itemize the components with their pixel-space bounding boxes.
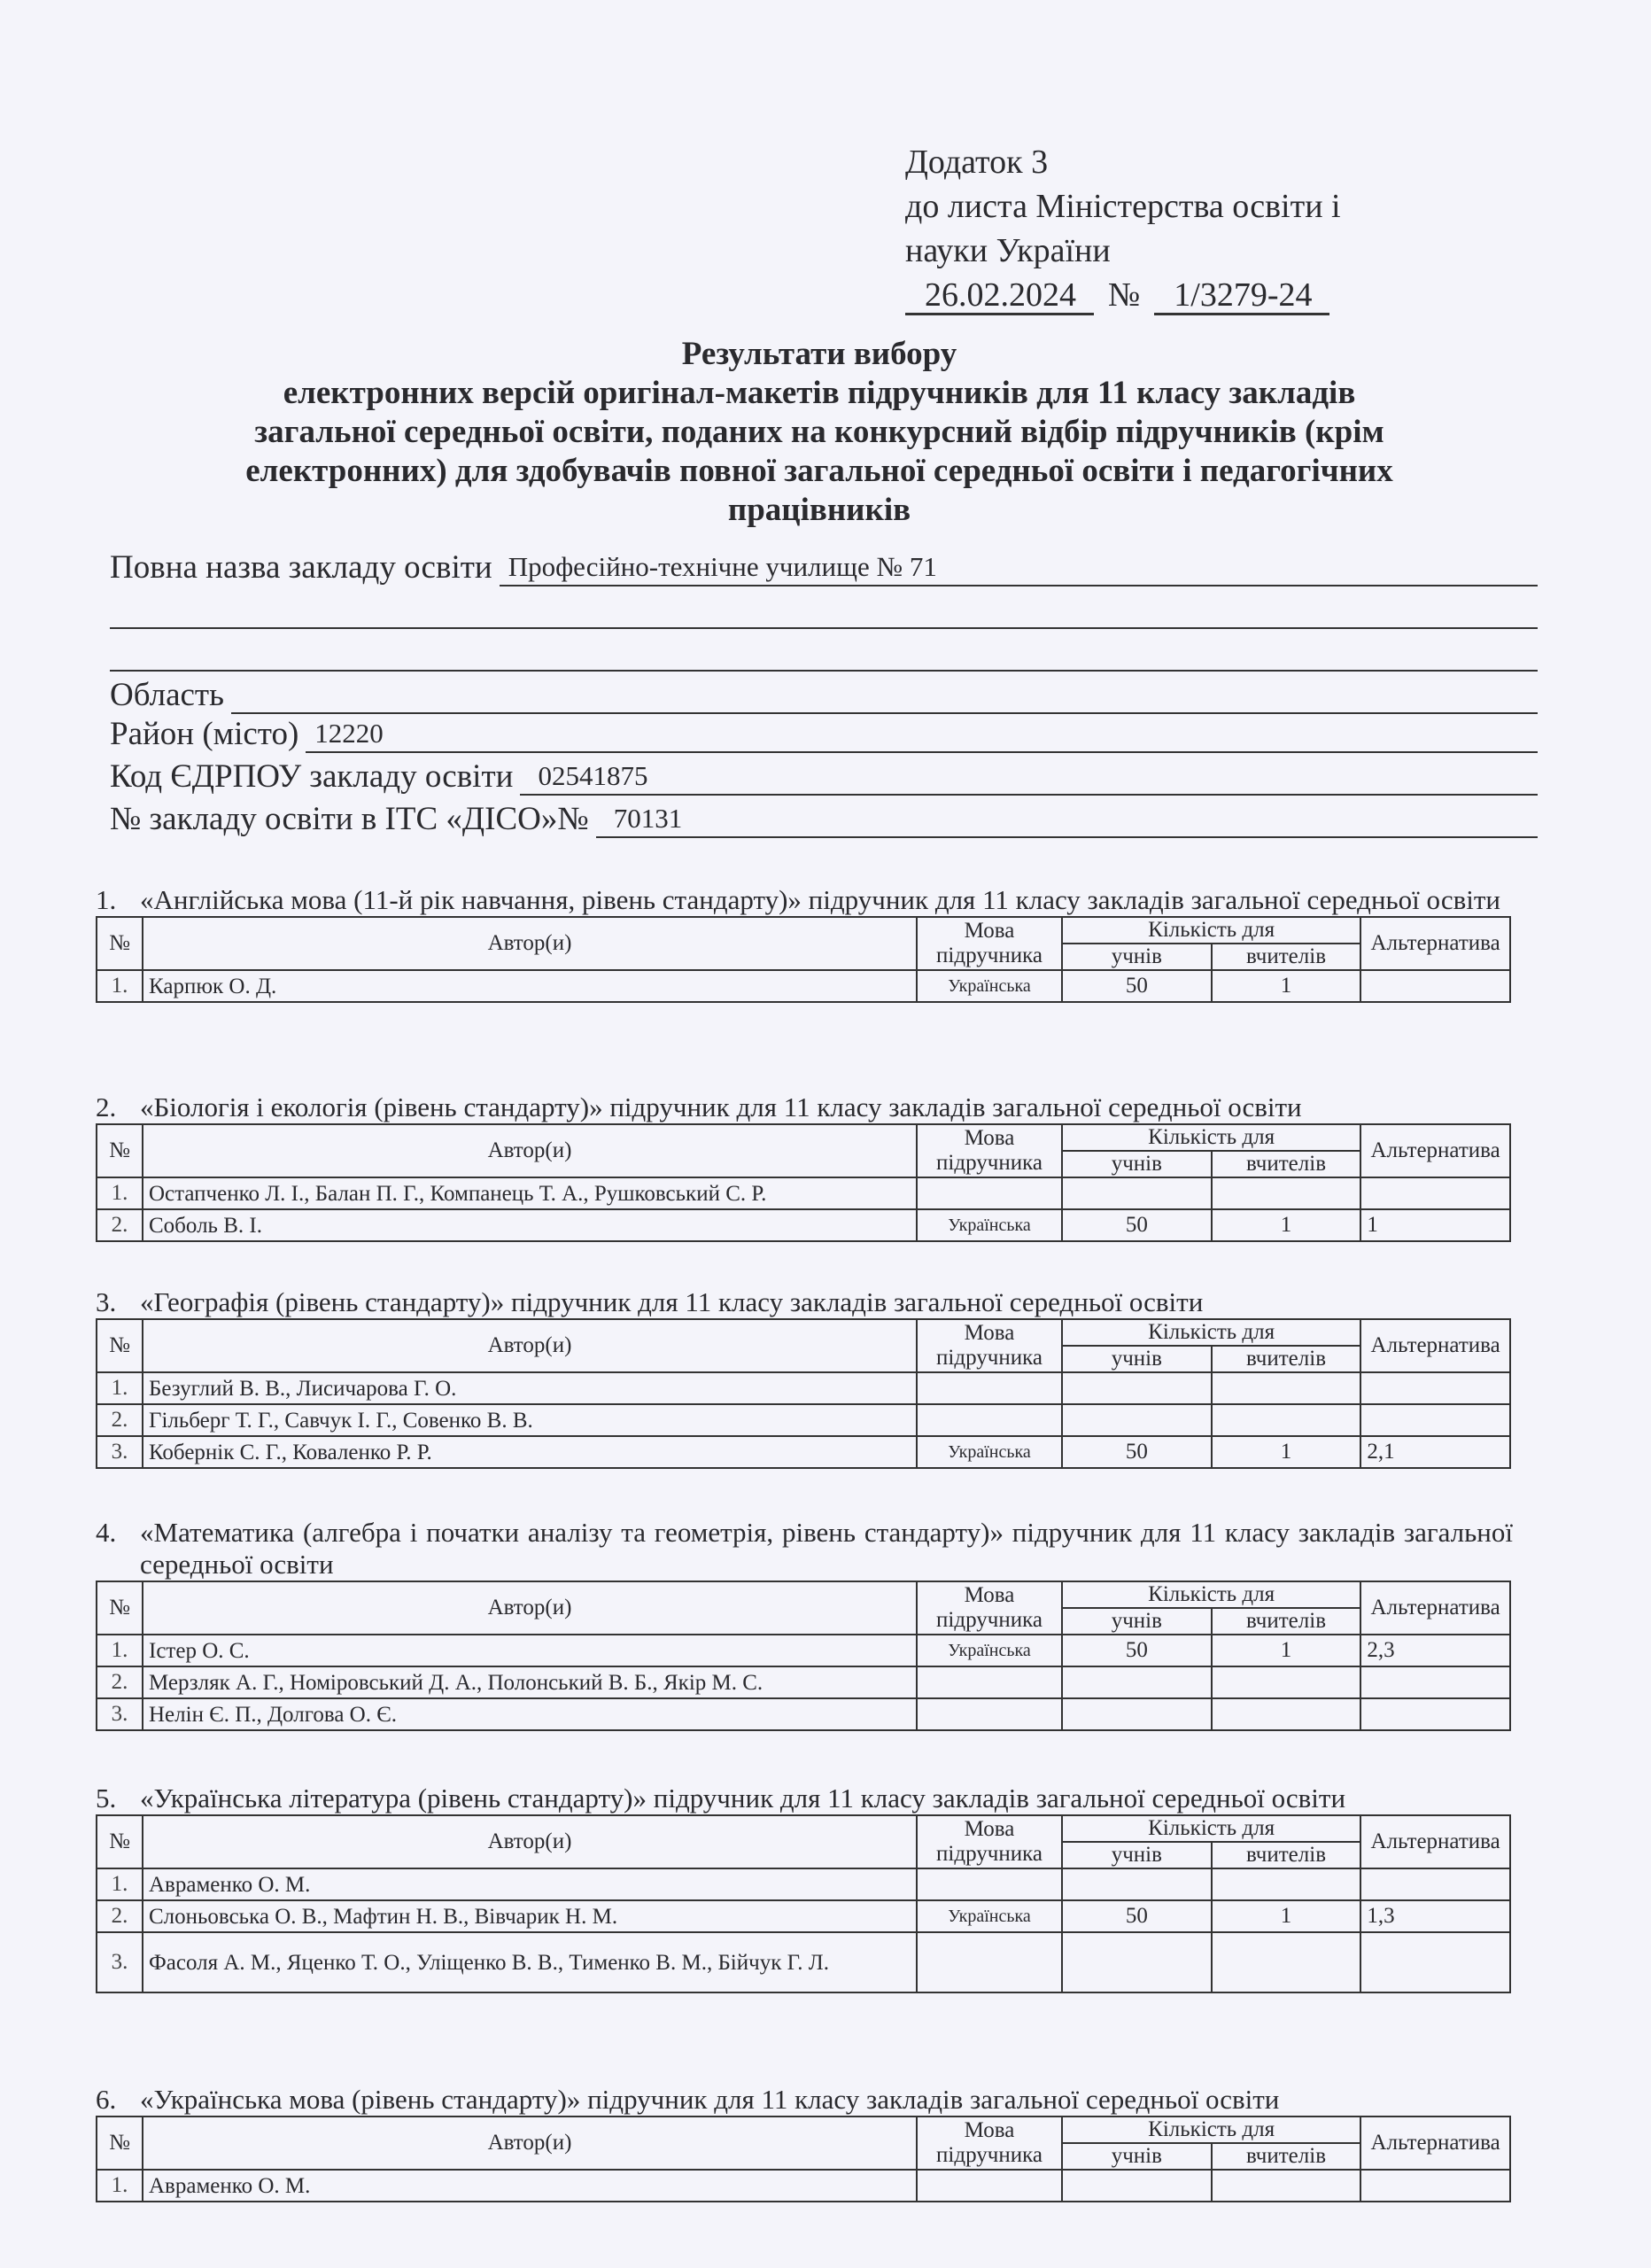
col-quantity: Кількість для: [1062, 1581, 1360, 1608]
col-number: №: [97, 917, 143, 970]
col-language: Мовапідручника: [917, 1581, 1062, 1635]
row-alternative: [1360, 1698, 1510, 1730]
row-number: 1.: [97, 1372, 143, 1404]
row-number: 1.: [97, 1635, 143, 1666]
col-alternative: Альтернатива: [1360, 1581, 1510, 1635]
row-teachers: [1212, 2170, 1361, 2202]
field-label: Район (місто): [110, 715, 306, 753]
field-label: Область: [110, 676, 231, 714]
appendix-title: Додаток 3: [905, 140, 1341, 184]
row-teachers: 1: [1212, 1900, 1361, 1932]
row-authors: Остапченко Л. І., Балан П. Г., Компанець…: [143, 1177, 917, 1209]
title-line: працівників: [106, 491, 1532, 530]
row-students: [1062, 1868, 1212, 1900]
institution-form: Повна назва закладу освіти Професійно-те…: [110, 549, 1538, 838]
row-authors: Карпюк О. Д.: [143, 970, 917, 1002]
row-authors: Гільберг Т. Г., Савчук І. Г., Совенко В.…: [143, 1404, 917, 1436]
row-number: 1.: [97, 970, 143, 1002]
section-title: 1.«Англійська мова (11-й рік навчання, р…: [96, 884, 1513, 916]
row-authors: Авраменко О. М.: [143, 2170, 917, 2202]
field-label: № закладу освіти в ІТС «ДІСО»№: [110, 800, 596, 838]
row-alternative: 1: [1360, 1209, 1510, 1241]
section-subject: «Українська література (рівень стандарту…: [140, 1783, 1513, 1814]
row-teachers: [1212, 1404, 1361, 1436]
table-row: 3.Кобернік С. Г., Коваленко Р. Р.Українс…: [97, 1436, 1510, 1468]
appendix-subtitle-line2: науки України: [905, 229, 1341, 273]
row-students: [1062, 1666, 1212, 1698]
section-title: 6.«Українська мова (рівень стандарту)» п…: [96, 2084, 1513, 2116]
col-language: Мовапідручника: [917, 2117, 1062, 2170]
section-title: 4.«Математика (алгебра і початки аналізу…: [96, 1517, 1513, 1581]
row-students: 50: [1062, 1209, 1212, 1241]
row-students: [1062, 1372, 1212, 1404]
row-language: [917, 1666, 1062, 1698]
row-authors: Істер О. С.: [143, 1635, 917, 1666]
institution-name-value: Професійно-технічне училище № 71: [500, 551, 1538, 586]
col-language-line2: підручника: [923, 1608, 1056, 1633]
row-authors: Мерзляк А. Г., Номіровський Д. А., Полон…: [143, 1666, 917, 1698]
textbook-section: 4.«Математика (алгебра і початки аналізу…: [96, 1517, 1513, 1731]
table-row: 3.Нелін Є. П., Долгова О. Є.: [97, 1698, 1510, 1730]
col-language-line2: підручника: [923, 2143, 1056, 2168]
textbook-table: №Автор(и)МовапідручникаКількість дляАльт…: [96, 1123, 1511, 1242]
col-students: учнів: [1062, 1346, 1212, 1372]
col-students: учнів: [1062, 944, 1212, 970]
col-alternative: Альтернатива: [1360, 1124, 1510, 1177]
textbook-section: 1.«Англійська мова (11-й рік навчання, р…: [96, 884, 1513, 1003]
row-alternative: [1360, 1404, 1510, 1436]
section-subject: «Біологія і екологія (рівень стандарту)»…: [140, 1091, 1513, 1123]
title-line: загальної середньої освіти, поданих на к…: [106, 413, 1532, 452]
col-language: Мовапідручника: [917, 917, 1062, 970]
row-students: [1062, 1404, 1212, 1436]
table-row: 1.Безуглий В. В., Лисичарова Г. О.: [97, 1372, 1510, 1404]
title-line: Результати вибору: [106, 335, 1532, 374]
row-teachers: [1212, 1177, 1361, 1209]
edrpou-value: 02541875: [520, 760, 1538, 796]
region-value: [231, 679, 1538, 714]
textbook-table: №Автор(и)МовапідручникаКількість дляАльт…: [96, 1814, 1511, 1993]
district-value: 12220: [306, 718, 1538, 753]
col-quantity: Кількість для: [1062, 1124, 1360, 1151]
col-language: Мовапідручника: [917, 1319, 1062, 1372]
row-language: Українська: [917, 970, 1062, 1002]
document-page: Додаток 3 до листа Міністерства освіти і…: [0, 0, 1651, 2268]
title-line: електронних) для здобувачів повної загал…: [106, 452, 1532, 491]
section-title: 3.«Географія (рівень стандарту)» підручн…: [96, 1286, 1513, 1318]
row-students: 50: [1062, 1635, 1212, 1666]
row-alternative: [1360, 1868, 1510, 1900]
row-number: 1.: [97, 2170, 143, 2202]
col-teachers: вчителів: [1212, 1608, 1361, 1635]
row-language: [917, 1868, 1062, 1900]
row-alternative: 2,3: [1360, 1635, 1510, 1666]
col-authors: Автор(и): [143, 1815, 917, 1868]
row-number: 1.: [97, 1868, 143, 1900]
field-label: Повна назва закладу освіти: [110, 548, 500, 586]
row-number: 2.: [97, 1404, 143, 1436]
textbook-section: 6.«Українська мова (рівень стандарту)» п…: [96, 2084, 1513, 2202]
row-language: Українська: [917, 1900, 1062, 1932]
col-quantity: Кількість для: [1062, 1319, 1360, 1346]
row-teachers: 1: [1212, 1635, 1361, 1666]
section-subject: «Українська мова (рівень стандарту)» під…: [140, 2084, 1513, 2116]
row-teachers: [1212, 1372, 1361, 1404]
textbook-section: 5.«Українська література (рівень стандар…: [96, 1783, 1513, 1993]
section-title: 5.«Українська література (рівень стандар…: [96, 1783, 1513, 1814]
col-students: учнів: [1062, 1151, 1212, 1177]
row-authors: Слоньовська О. В., Мафтин Н. В., Вівчари…: [143, 1900, 917, 1932]
letter-date: 26.02.2024: [905, 277, 1094, 315]
table-header-row: №Автор(и)МовапідручникаКількість дляАльт…: [97, 1319, 1510, 1346]
textbook-section: 2.«Біологія і екологія (рівень стандарту…: [96, 1091, 1513, 1242]
col-language: Мовапідручника: [917, 1124, 1062, 1177]
row-number: 3.: [97, 1436, 143, 1468]
row-students: 50: [1062, 1436, 1212, 1468]
col-quantity: Кількість для: [1062, 917, 1360, 944]
col-language-line2: підручника: [923, 1346, 1056, 1371]
appendix-header: Додаток 3 до листа Міністерства освіти і…: [905, 140, 1341, 317]
row-students: [1062, 1698, 1212, 1730]
letter-reference: 26.02.2024 № 1/3279-24: [905, 273, 1341, 317]
blank-line-underline: [110, 636, 1538, 672]
row-teachers: 1: [1212, 1436, 1361, 1468]
row-students: 50: [1062, 1900, 1212, 1932]
col-authors: Автор(и): [143, 1319, 917, 1372]
itc-number-field: № закладу освіти в ІТС «ДІСО»№ 70131: [110, 801, 1538, 838]
col-language-line1: Мова: [923, 1817, 1056, 1842]
row-alternative: [1360, 1666, 1510, 1698]
col-number: №: [97, 1581, 143, 1635]
col-number: №: [97, 1319, 143, 1372]
row-teachers: [1212, 1666, 1361, 1698]
row-language: [917, 1177, 1062, 1209]
col-language: Мовапідручника: [917, 1815, 1062, 1868]
col-quantity: Кількість для: [1062, 1815, 1360, 1842]
blank-line: [110, 592, 1538, 629]
col-teachers: вчителів: [1212, 2143, 1361, 2170]
col-alternative: Альтернатива: [1360, 1815, 1510, 1868]
number-sign: №: [1108, 273, 1140, 317]
table-row: 2.Мерзляк А. Г., Номіровський Д. А., Пол…: [97, 1666, 1510, 1698]
row-language: [917, 1698, 1062, 1730]
row-number: 3.: [97, 1698, 143, 1730]
col-language-line1: Мова: [923, 1321, 1056, 1346]
col-language-line2: підручника: [923, 1151, 1056, 1176]
section-number: 5.: [96, 1783, 140, 1814]
appendix-subtitle-line1: до листа Міністерства освіти і: [905, 184, 1341, 229]
table-header-row: №Автор(и)МовапідручникаКількість дляАльт…: [97, 1581, 1510, 1608]
col-teachers: вчителів: [1212, 1842, 1361, 1868]
col-number: №: [97, 1124, 143, 1177]
table-header-row: №Автор(и)МовапідручникаКількість дляАльт…: [97, 1815, 1510, 1842]
col-language-line1: Мова: [923, 2118, 1056, 2143]
section-number: 2.: [96, 1091, 140, 1123]
row-authors: Соболь В. І.: [143, 1209, 917, 1241]
row-number: 1.: [97, 1177, 143, 1209]
col-authors: Автор(и): [143, 2117, 917, 2170]
row-alternative: [1360, 1177, 1510, 1209]
blank-line: [110, 634, 1538, 672]
row-language: [917, 1932, 1062, 1992]
row-students: [1062, 2170, 1212, 2202]
row-students: [1062, 1177, 1212, 1209]
row-language: [917, 1404, 1062, 1436]
col-language-line2: підручника: [923, 944, 1056, 968]
document-title: Результати вибору електронних версій ори…: [106, 335, 1532, 530]
table-header-row: №Автор(и)МовапідручникаКількість дляАльт…: [97, 2117, 1510, 2143]
table-row: 1.Авраменко О. М.: [97, 1868, 1510, 1900]
col-authors: Автор(и): [143, 917, 917, 970]
textbook-section: 3.«Географія (рівень стандарту)» підручн…: [96, 1286, 1513, 1469]
row-students: [1062, 1932, 1212, 1992]
textbook-table: №Автор(и)МовапідручникаКількість дляАльт…: [96, 916, 1511, 1003]
title-line: електронних версій оригінал-макетів підр…: [106, 374, 1532, 413]
col-alternative: Альтернатива: [1360, 2117, 1510, 2170]
row-authors: Фасоля А. М., Яценко Т. О., Уліщенко В. …: [143, 1932, 917, 1992]
col-authors: Автор(и): [143, 1124, 917, 1177]
section-number: 1.: [96, 884, 140, 916]
letter-number: 1/3279-24: [1154, 277, 1329, 315]
row-alternative: [1360, 2170, 1510, 2202]
row-alternative: [1360, 970, 1510, 1002]
col-students: учнів: [1062, 2143, 1212, 2170]
section-subject: «Англійська мова (11-й рік навчання, рів…: [140, 884, 1513, 916]
institution-name-field: Повна назва закладу освіти Професійно-те…: [110, 549, 1538, 586]
table-row: 3.Фасоля А. М., Яценко Т. О., Уліщенко В…: [97, 1932, 1510, 1992]
row-authors: Безуглий В. В., Лисичарова Г. О.: [143, 1372, 917, 1404]
row-number: 2.: [97, 1900, 143, 1932]
textbook-table: №Автор(и)МовапідручникаКількість дляАльт…: [96, 2116, 1511, 2202]
table-row: 1.Авраменко О. М.: [97, 2170, 1510, 2202]
row-students: 50: [1062, 970, 1212, 1002]
row-language: Українська: [917, 1635, 1062, 1666]
section-title: 2.«Біологія і екологія (рівень стандарту…: [96, 1091, 1513, 1123]
row-authors: Кобернік С. Г., Коваленко Р. Р.: [143, 1436, 917, 1468]
col-authors: Автор(и): [143, 1581, 917, 1635]
col-language-line1: Мова: [923, 1126, 1056, 1151]
col-teachers: вчителів: [1212, 1346, 1361, 1372]
row-teachers: [1212, 1868, 1361, 1900]
section-number: 6.: [96, 2084, 140, 2116]
table-row: 1.Остапченко Л. І., Балан П. Г., Компане…: [97, 1177, 1510, 1209]
row-number: 3.: [97, 1932, 143, 1992]
col-teachers: вчителів: [1212, 1151, 1361, 1177]
itc-number-value: 70131: [596, 803, 1538, 838]
row-number: 2.: [97, 1209, 143, 1241]
section-subject: «Географія (рівень стандарту)» підручник…: [140, 1286, 1513, 1318]
row-teachers: 1: [1212, 970, 1361, 1002]
table-header-row: №Автор(и)МовапідручникаКількість дляАльт…: [97, 917, 1510, 944]
textbook-table: №Автор(и)МовапідручникаКількість дляАльт…: [96, 1318, 1511, 1469]
row-alternative: 1,3: [1360, 1900, 1510, 1932]
section-number: 3.: [96, 1286, 140, 1318]
col-number: №: [97, 1815, 143, 1868]
row-language: Українська: [917, 1209, 1062, 1241]
blank-line-underline: [110, 594, 1538, 629]
row-number: 2.: [97, 1666, 143, 1698]
col-teachers: вчителів: [1212, 944, 1361, 970]
col-students: учнів: [1062, 1608, 1212, 1635]
row-language: [917, 1372, 1062, 1404]
col-alternative: Альтернатива: [1360, 1319, 1510, 1372]
row-alternative: 2,1: [1360, 1436, 1510, 1468]
section-number: 4.: [96, 1517, 140, 1581]
col-language-line1: Мова: [923, 919, 1056, 944]
col-number: №: [97, 2117, 143, 2170]
row-authors: Авраменко О. М.: [143, 1868, 917, 1900]
row-teachers: 1: [1212, 1209, 1361, 1241]
row-language: Українська: [917, 1436, 1062, 1468]
table-row: 2.Слоньовська О. В., Мафтин Н. В., Вівча…: [97, 1900, 1510, 1932]
col-language-line2: підручника: [923, 1842, 1056, 1867]
table-row: 2.Соболь В. І.Українська5011: [97, 1209, 1510, 1241]
field-label: Код ЄДРПОУ закладу освіти: [110, 757, 520, 796]
row-language: [917, 2170, 1062, 2202]
col-students: учнів: [1062, 1842, 1212, 1868]
region-field: Область: [110, 677, 1538, 714]
col-alternative: Альтернатива: [1360, 917, 1510, 970]
col-language-line1: Мова: [923, 1583, 1056, 1608]
row-alternative: [1360, 1932, 1510, 1992]
row-authors: Нелін Є. П., Долгова О. Є.: [143, 1698, 917, 1730]
district-field: Район (місто) 12220: [110, 716, 1538, 753]
table-row: 1.Істер О. С.Українська5012,3: [97, 1635, 1510, 1666]
edrpou-field: Код ЄДРПОУ закладу освіти 02541875: [110, 758, 1538, 796]
table-header-row: №Автор(и)МовапідручникаКількість дляАльт…: [97, 1124, 1510, 1151]
textbook-table: №Автор(и)МовапідручникаКількість дляАльт…: [96, 1581, 1511, 1731]
table-row: 1.Карпюк О. Д.Українська501: [97, 970, 1510, 1002]
row-teachers: [1212, 1932, 1361, 1992]
section-subject: «Математика (алгебра і початки аналізу т…: [140, 1517, 1513, 1581]
row-teachers: [1212, 1698, 1361, 1730]
row-alternative: [1360, 1372, 1510, 1404]
col-quantity: Кількість для: [1062, 2117, 1360, 2143]
table-row: 2.Гільберг Т. Г., Савчук І. Г., Совенко …: [97, 1404, 1510, 1436]
